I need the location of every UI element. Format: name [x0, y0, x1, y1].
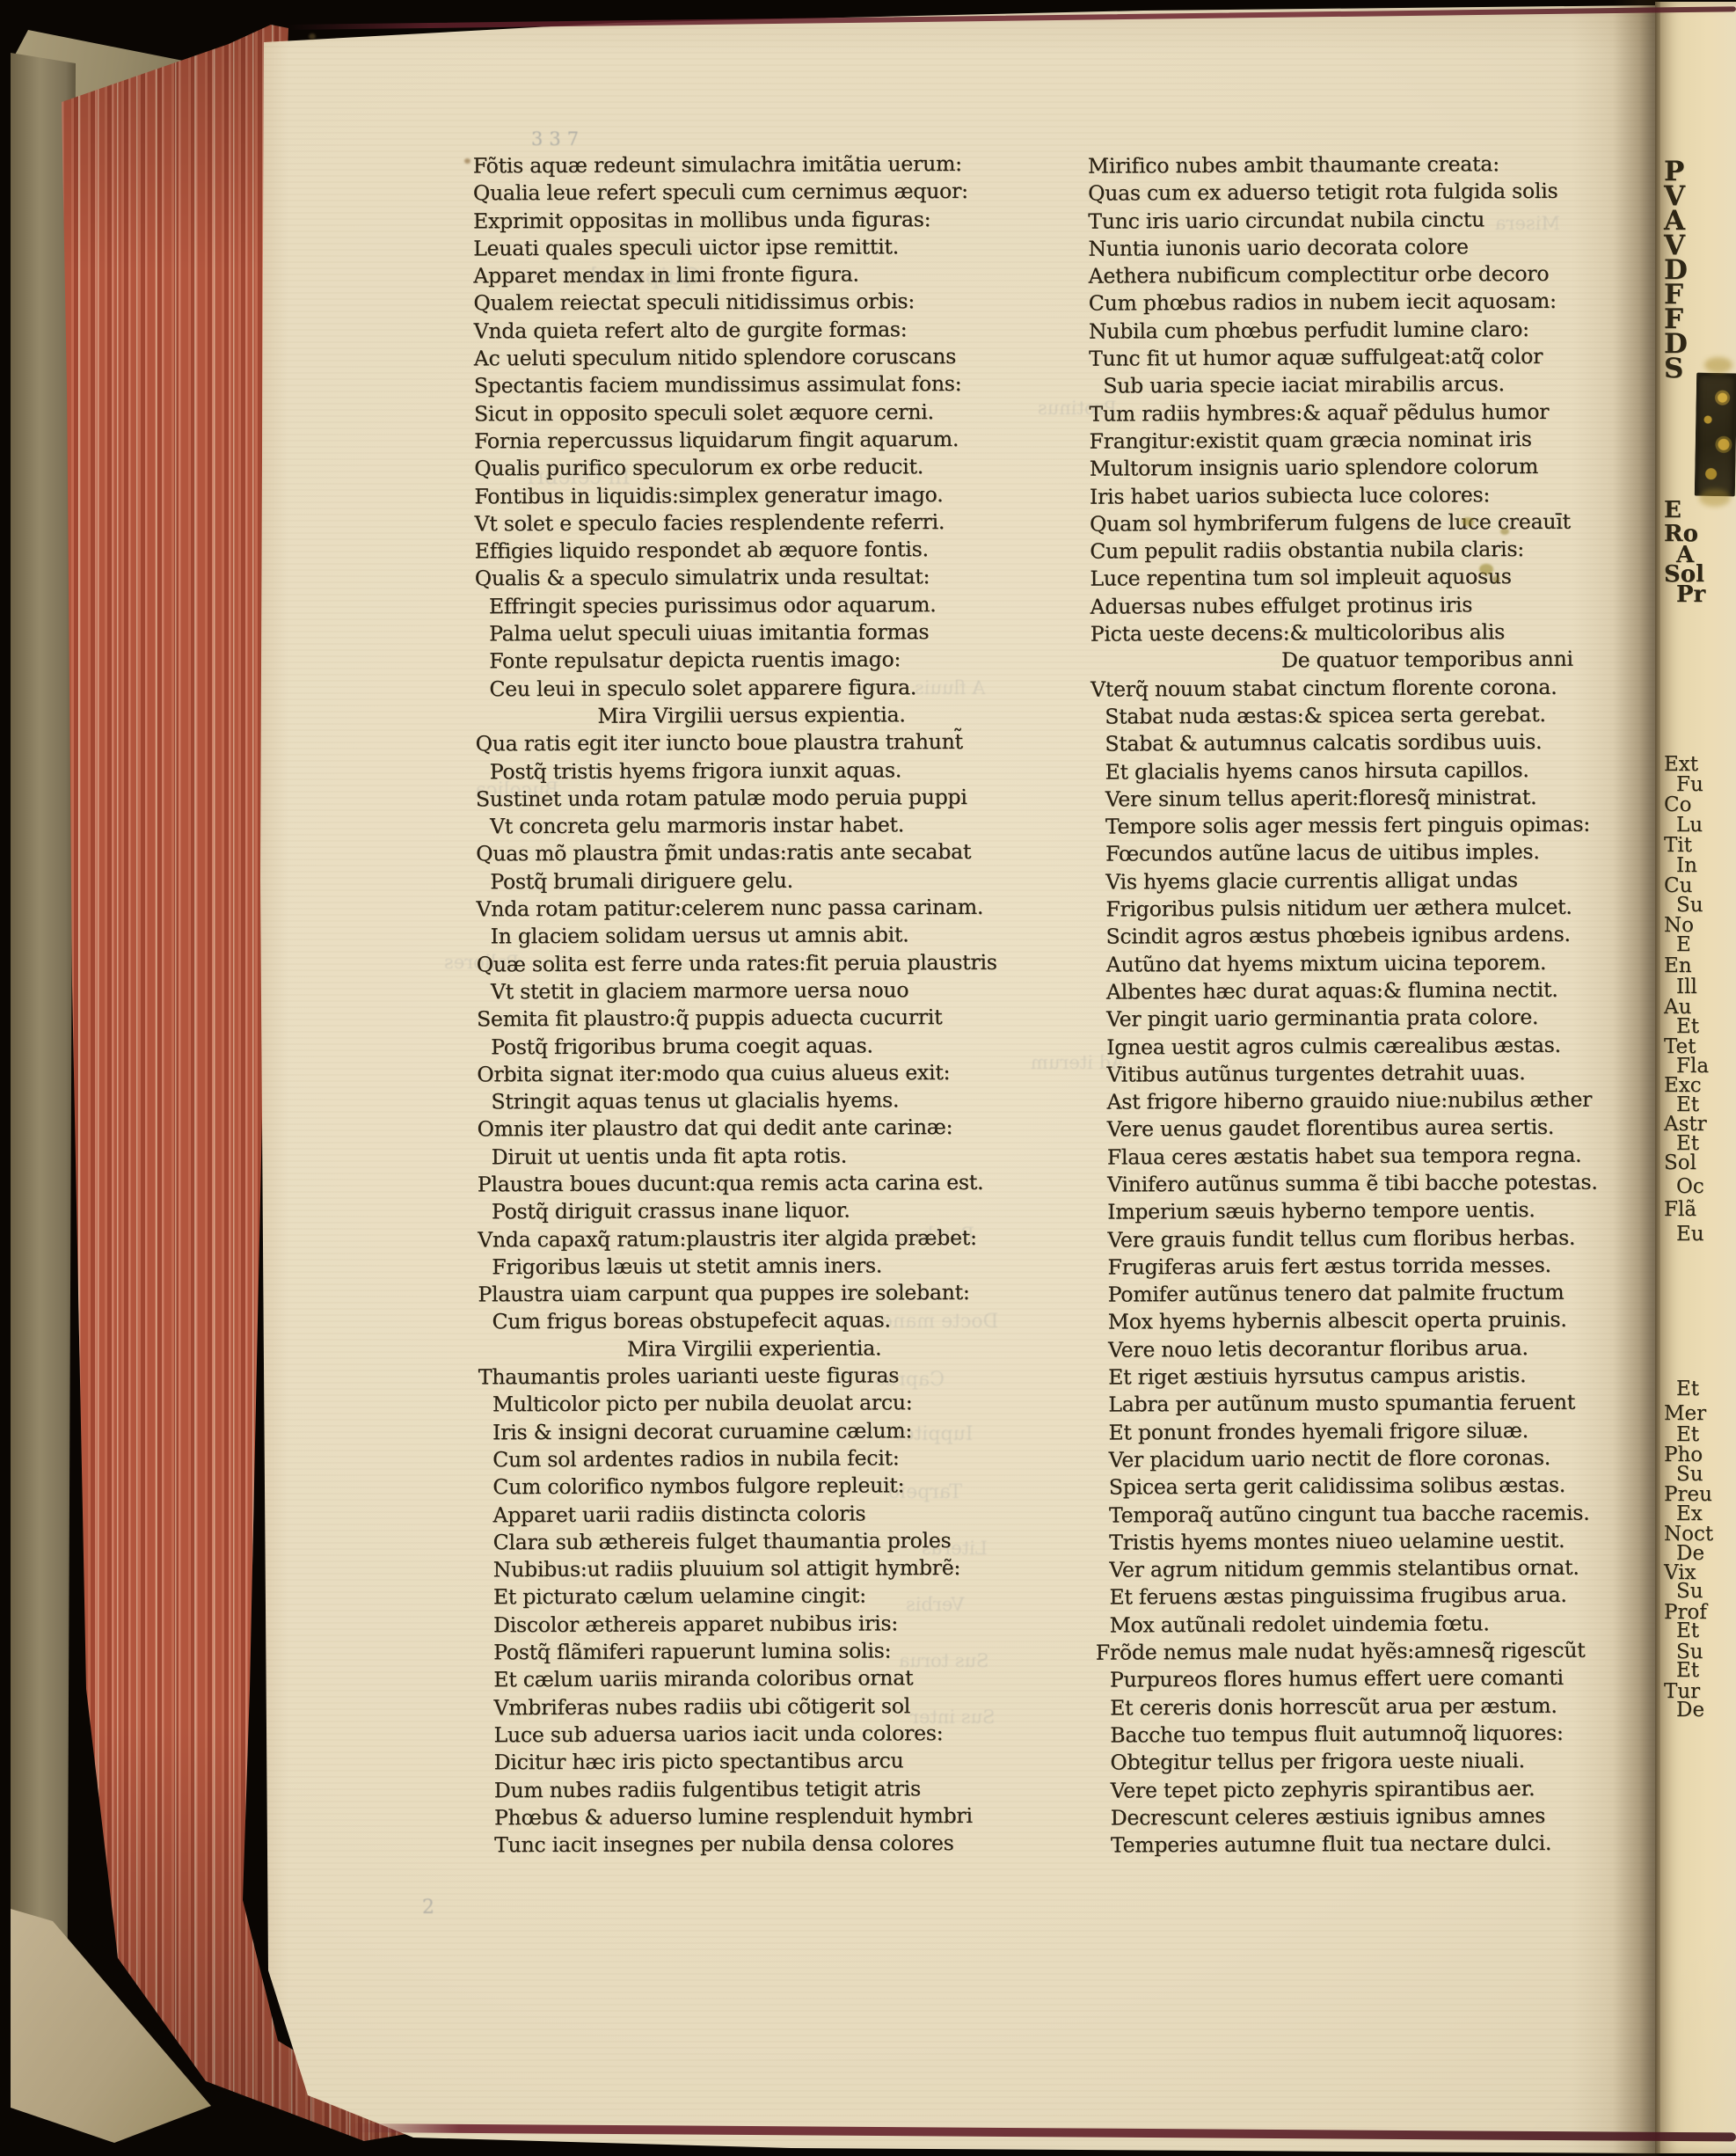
verse-line: Mirifico nubes ambit thaumante creata: [1088, 150, 1630, 180]
showthrough-folio-number: 337 [531, 128, 585, 150]
sliver-line-fragment: En [1664, 956, 1692, 976]
verse-line: Cum phœbus radios in nubem iecit aquosam… [1089, 288, 1630, 318]
verse-line: Fõtis aquæ redeunt simulachra imitãtia u… [473, 150, 1025, 180]
verse-line: Tunc iacit insegnes per nubila densa col… [480, 1830, 1032, 1860]
sliver-line-fragment: Pr [1676, 583, 1705, 606]
verse-line: Vt solet e speculo facies resplendente r… [475, 508, 1027, 537]
verse-line: Frigoribus læuis ut stetit amnis iners. [478, 1252, 1030, 1282]
verse-line: Effringit species purissimus odor aquaru… [475, 590, 1027, 620]
verse-line: Temperies autumne fluit tua nectare dulc… [1097, 1829, 1638, 1860]
verse-line: Quam sol hymbriferum fulgens de luce cre… [1090, 508, 1631, 538]
sliver-line-fragment: Ext [1664, 755, 1698, 775]
verse-line: Postq̃ flãmiferi rapuerunt lumina solis: [479, 1637, 1032, 1667]
verse-line: Fonte repulsatur depicta ruentis imago: [475, 646, 1027, 676]
stain-spot [464, 158, 470, 164]
verse-line: Nuntia iunonis uario decorata colore [1088, 232, 1630, 263]
verse-line: Plaustra uiam carpunt qua puppes ire sol… [478, 1279, 1030, 1309]
stain-spot [1704, 357, 1732, 373]
gilt-decorated-initial [1695, 373, 1736, 497]
sliver-line-fragment: Flã [1664, 1200, 1696, 1220]
verse-line: Multorum insignis uario splendore coloru… [1090, 453, 1631, 484]
verse-line: Mira Virgilii experientia. [478, 1334, 1031, 1363]
verse-line: Vere tepet picto zephyris spirantibus ae… [1097, 1774, 1638, 1805]
verse-line: Cum sol ardentes radios in nubila fecit: [478, 1444, 1031, 1474]
verse-line: Vere uenus gaudet florentibus aurea sert… [1093, 1114, 1635, 1144]
verse-line: Vinifero autũnus summa ẽ tibi bacche pot… [1093, 1168, 1635, 1199]
verse-line: Mox hyems hybernis albescit operta pruin… [1094, 1306, 1636, 1337]
verse-line: Diruit ut uentis unda fit apta rotis. [478, 1141, 1030, 1171]
verse-line: Aethera nubificum complectitur orbe deco… [1089, 260, 1630, 291]
verse-line: Dicitur hæc iris picto spectantibus arcu [480, 1747, 1032, 1777]
verse-line: Plaustra boues ducunt:qua remis acta car… [478, 1169, 1030, 1199]
binding-board-left [11, 53, 76, 2111]
verse-line: Vt stetit in glaciem marmore uersa nouo [477, 976, 1029, 1006]
verse-line: Qua ratis egit iter iuncto boue plaustra… [476, 728, 1028, 758]
verse-line: Qualem reiectat speculi nitidissimus orb… [473, 288, 1025, 318]
verse-line: Fornia repercussus liquidarum fingit aqu… [474, 426, 1026, 456]
stain-spot [1479, 564, 1493, 574]
verse-line: Postq̃ diriguit crassus inane liquor. [478, 1196, 1030, 1226]
verse-line: Labra per autũnum musto spumantia feruen… [1094, 1389, 1636, 1420]
verse-line: Palma uelut speculi uiuas imitantia form… [475, 618, 1027, 648]
verse-column-right: Mirifico nubes ambit thaumante creata:Qu… [1088, 150, 1638, 1860]
verse-line: Ac ueluti speculum nitido splendore coru… [474, 343, 1026, 373]
verse-line: Ast frigore hiberno grauido niue:nubilus… [1092, 1085, 1634, 1116]
verse-line: Imperium sæuis hyberno tempore uentis. [1093, 1196, 1635, 1227]
open-book-photograph: PVAVDFFDSERoASolPrExtFuCoLuTitInCuSuNoEE… [0, 0, 1736, 2156]
sliver-line-fragment: Et [1676, 1379, 1699, 1400]
stain-spot [309, 33, 316, 40]
verse-line: Flaua ceres æstatis habet sua tempora re… [1093, 1141, 1635, 1172]
verse-line: Iris & insigni decorat curuamine cælum: [478, 1416, 1031, 1446]
verse-line: Et cereris donis horrescũt arua per æstu… [1096, 1692, 1638, 1722]
verse-line: Sustinet unda rotam patulæ modo peruia p… [476, 783, 1028, 813]
verse-line: Luce repentina tum sol impleuit aquosus [1090, 563, 1631, 594]
sliver-line-fragment: Et [1676, 1621, 1699, 1641]
verse-line: Tristis hyems montes niueo uelamine uest… [1095, 1526, 1637, 1557]
verse-line: Tum radiis hymbres:& aquar̃ pẽdulus humo… [1089, 398, 1630, 428]
verse-line: Tempore solis ager messis fert pinguis o… [1091, 811, 1633, 842]
verse-line: Cum pepulit radiis obstantia nubila clar… [1090, 536, 1631, 566]
verse-line: Nubibus:ut radiis pluuium sol attigit hy… [479, 1554, 1032, 1584]
verse-line: Semita fit plaustro:q̃ puppis aduecta cu… [477, 1004, 1029, 1034]
verse-line: Aduersas nubes effulget protinus iris [1090, 590, 1632, 621]
verse-line: Postq̃ frigoribus bruma coegit aquas. [477, 1031, 1029, 1061]
verse-line: De quatuor temporibus anni [1090, 646, 1632, 676]
verse-line: Dum nubes radiis fulgentibus tetigit atr… [480, 1774, 1032, 1804]
sliver-line-fragment: S [1664, 355, 1683, 383]
sliver-line-fragment: E [1676, 935, 1691, 955]
sliver-line-fragment: Et [1676, 1425, 1699, 1445]
verse-line: Et cælum uariis miranda coloribus ornat [479, 1664, 1032, 1694]
verse-line: Sicut in opposito speculi solet æquore c… [474, 398, 1026, 428]
verse-line: Temporaq̃ autũno cingunt tua bacche race… [1095, 1499, 1637, 1530]
gutter-shadow [1613, 0, 1660, 2156]
verse-line: Qualis & a speculo simulatrix unda resul… [475, 563, 1027, 593]
verse-line: Ver pingit uario germinantia prata color… [1092, 1004, 1634, 1034]
sliver-line-fragment: Su [1676, 1465, 1703, 1485]
sliver-line-fragment: Lu [1676, 815, 1703, 836]
verse-line: Spicea serta gerit calidissima solibus æ… [1095, 1472, 1637, 1502]
verse-line: Vterq̃ nouum stabat cinctum florente cor… [1090, 673, 1632, 704]
verse-line: Sub uaria specie iaciat mirabilis arcus. [1089, 370, 1630, 401]
verse-line: Luce sub aduersa uarios iacit unda color… [480, 1720, 1032, 1750]
verse-line: Autũno dat hyems mixtum uicina teporem. [1092, 948, 1634, 979]
sliver-line-fragment: Ex [1676, 1504, 1703, 1524]
verse-line: Vis hyems glacie currentis alligat undas [1091, 866, 1633, 896]
sliver-line-fragment: Co [1664, 795, 1691, 815]
sliver-line-fragment: E [1664, 499, 1681, 522]
sliver-line-fragment: Su [1676, 895, 1703, 916]
sliver-line-fragment: Tit [1664, 836, 1692, 856]
sliver-line-fragment: Fu [1676, 775, 1703, 795]
verse-line: Frigoribus pulsis nitidum uer æthera mul… [1091, 893, 1633, 924]
verse-column-left: Fõtis aquæ redeunt simulachra imitãtia u… [473, 150, 1032, 1860]
sliver-line-fragment: Ill [1676, 977, 1697, 998]
stain-spot [1699, 489, 1731, 507]
verse-line: Ver placidum uario nectit de flore coron… [1095, 1443, 1637, 1474]
verse-line: Bacche tuo tempus fluit autumnoq̃ liquor… [1096, 1719, 1638, 1750]
verse-line: Thaumantis proles uarianti ueste figuras [478, 1362, 1031, 1392]
verse-line: Postq̃ brumali diriguere gelu. [476, 866, 1028, 895]
verse-line: Quas mõ plaustra p̃mit undas:ratis ante … [476, 838, 1028, 868]
verse-line: Vmbriferas nubes radiis ubi cõtigerit so… [479, 1692, 1032, 1721]
verse-line: Et feruens æstas pinguissima frugibus ar… [1095, 1582, 1637, 1612]
verse-line: Cum frigus boreas obstupefecit aquas. [478, 1306, 1031, 1336]
sliver-line-fragment: Mer [1664, 1404, 1706, 1424]
verse-line: Quæ solita est ferre unda rates:fit peru… [477, 948, 1029, 978]
stain-spot [1500, 528, 1509, 535]
verse-line: Ignea uestit agros culmis cærealibus æst… [1092, 1031, 1634, 1062]
verse-line: Vnda quieta refert alto de gurgite forma… [474, 315, 1026, 345]
verse-line: Stabat & autumnus calcatis sordibus uuis… [1090, 728, 1632, 759]
verse-line: Cum colorifico nymbos fulgore repleuit: [478, 1472, 1031, 1502]
verse-line: Frugiferas aruis fert æstus torrida mess… [1093, 1251, 1635, 1282]
verse-line: Stabat nuda æstas:& spicea serta gerebat… [1090, 700, 1632, 731]
sliver-line-fragment: Eu [1676, 1224, 1704, 1245]
verse-line: Stringit aquas tenus ut glacialis hyems. [477, 1086, 1029, 1116]
sliver-line-fragment: De [1676, 1700, 1704, 1721]
sliver-line-fragment: Su [1676, 1582, 1703, 1602]
verse-line: Spectantis faciem mundissimus assimulat … [474, 370, 1026, 400]
verse-line: Ver agrum nitidum gemmis stelantibus orn… [1095, 1554, 1637, 1585]
verse-line: Albentes hæc durat aquas:& flumina necti… [1092, 976, 1634, 1006]
verse-line: Picta ueste decens:& multicoloribus alis [1090, 618, 1632, 648]
verse-line: Ceu leui in speculo solet apparere figur… [475, 673, 1027, 703]
stain-spot [1492, 576, 1499, 582]
verse-line: Leuati quales speculi uictor ipse remitt… [473, 233, 1025, 263]
verse-line: Pomifer autũnus tenero dat palmite fruct… [1094, 1279, 1636, 1310]
verse-line: Frõde nemus male nudat hyẽs:amnesq̃ rige… [1096, 1636, 1638, 1667]
stain-spot [1462, 517, 1474, 526]
sliver-line-fragment: Oc [1676, 1177, 1704, 1197]
verse-line: Mira Virgilii uersus expientia. [476, 701, 1028, 731]
verse-line: Vere grauis fundit tellus cum floribus h… [1093, 1224, 1635, 1254]
verse-line: Obtegitur tellus per frigora ueste niual… [1096, 1747, 1638, 1778]
sliver-line-fragment: In [1676, 856, 1697, 876]
verse-line: Nubila cum phœbus perfudit lumine claro: [1089, 315, 1630, 346]
verse-line: Et ponunt frondes hyemali frigore siluæ. [1094, 1416, 1636, 1447]
verse-line: Tunc fit ut humor aquæ suffulgeat:atq̃ c… [1089, 342, 1630, 373]
verse-line: Qualia leue refert speculi cum cernimus … [473, 178, 1025, 208]
sliver-line-fragment: Et [1676, 1017, 1699, 1037]
verse-line: Phœbus & aduerso lumine resplenduit hymb… [480, 1802, 1032, 1831]
verse-line: Quas cum ex aduerso tetigit rota fulgida… [1088, 178, 1630, 208]
verse-line: Apparet uarii radiis distincta coloris [478, 1499, 1031, 1529]
verse-line: Decrescunt celeres æstiuis ignibus amnes [1097, 1802, 1638, 1832]
verse-line: Fontibus in liquidis:simplex generatur i… [474, 480, 1026, 510]
verse-line: Omnis iter plaustro dat qui dedit ante c… [478, 1114, 1030, 1144]
verse-line: Tunc iris uario circundat nubila cinctu [1088, 205, 1630, 236]
showthrough-mark: 2 [422, 1897, 434, 1918]
verse-line: Scindit agros æstus phœbeis ignibus arde… [1092, 921, 1634, 952]
verse-line: Exprimit oppositas in mollibus unda figu… [473, 205, 1025, 235]
sliver-line-fragment: Sol [1664, 1153, 1696, 1173]
verse-line: Vt concreta gelu marmoris instar habet. [476, 811, 1028, 841]
verse-line: Postq̃ tristis hyems frigora iunxit aqua… [476, 756, 1028, 786]
sliver-line-fragment: Et [1676, 1661, 1699, 1681]
verse-line: Vere nouo letis decorantur floribus arua… [1094, 1334, 1636, 1364]
verse-line: Frangitur:existit quam græcia nominat ir… [1090, 425, 1631, 456]
verse-line: Qualis purifico speculorum ex orbe reduc… [474, 453, 1026, 483]
verse-line: Multicolor picto per nubila deuolat arcu… [478, 1389, 1031, 1419]
verse-line: Effigies liquido respondet ab æquore fon… [475, 536, 1027, 566]
verse-line: Fœcundos autũne lacus de uitibus imples. [1091, 838, 1633, 869]
verse-line: Vnda capaxq̃ ratum:plaustris iter algida… [478, 1224, 1030, 1253]
verse-line: Vere sinum tellus aperit:floresq̃ minist… [1091, 783, 1633, 814]
verse-line: Clara sub æthereis fulget thaumantia pro… [479, 1526, 1032, 1556]
verse-line: Iris habet uarios subiecta luce colores: [1090, 480, 1631, 511]
verse-line: Discolor æthereis apparet nubibus iris: [479, 1609, 1032, 1639]
verse-line: Et glacialis hyems canos hirsuta capillo… [1091, 756, 1633, 786]
facing-page-sliver: PVAVDFFDSERoASolPrExtFuCoLuTitInCuSuNoEE… [1655, 2, 1736, 2153]
verse-line: Et riget æstiuis hyrsutus campus aristis… [1094, 1361, 1636, 1392]
verse-line: Purpureos flores humus effert uere coman… [1096, 1664, 1638, 1695]
verse-line: Mox autũnali redolet uindemia fœtu. [1096, 1609, 1638, 1640]
verse-line: Et picturato cælum uelamine cingit: [479, 1582, 1032, 1612]
verse-line: Orbita signat iter:modo qua cuius alueus… [477, 1058, 1029, 1088]
verse-line: Vitibus autũnus turgentes detrahit uuas. [1092, 1058, 1634, 1089]
verse-line: Vnda rotam patitur:celerem nunc passa ca… [476, 894, 1028, 924]
verse-line: Apparet mendax in limi fronte figura. [473, 260, 1025, 290]
verse-line: In glaciem solidam uersus ut amnis abit. [477, 921, 1029, 951]
